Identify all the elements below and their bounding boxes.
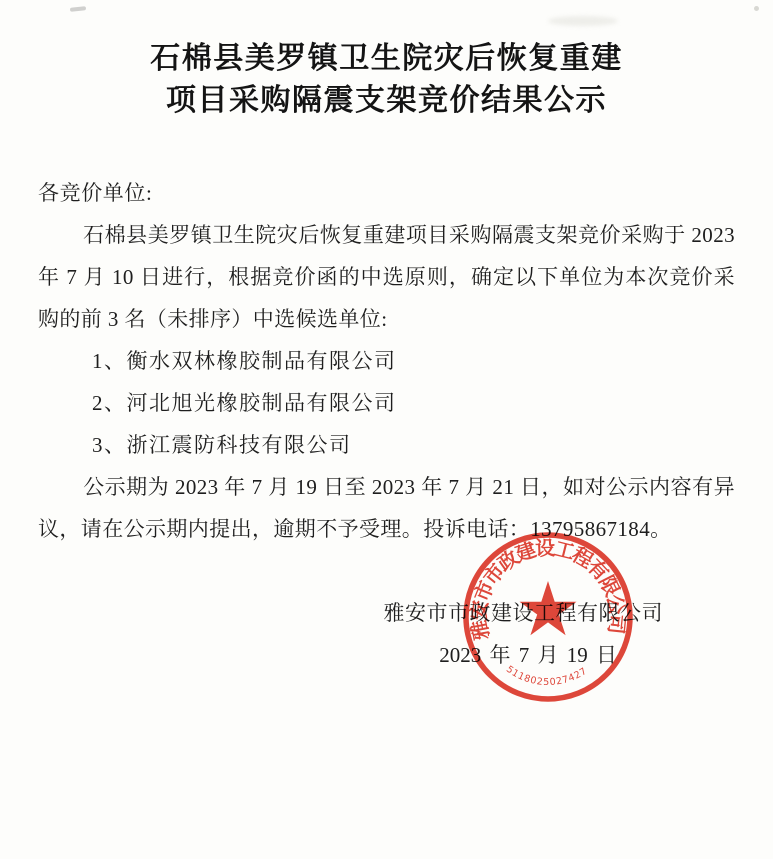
signature-company: 雅安市市政建设工程有限公司 xyxy=(38,592,735,634)
document-content: 石棉县美罗镇卫生院灾后恢复重建 项目采购隔震支架竞价结果公示 各竞价单位: 石棉… xyxy=(0,0,773,676)
paragraph-bid-result: 石棉县美罗镇卫生院灾后恢复重建项目采购隔震支架竞价采购于 2023 年 7 月 … xyxy=(38,214,735,340)
signature-date: 2023 年 7 月 19 日 xyxy=(38,634,735,676)
signature-block: 雅安市市政建设工程有限公司 2023 年 7 月 19 日 xyxy=(38,592,735,676)
candidate-list: 1、衡水双林橡胶制品有限公司 2、河北旭光橡胶制品有限公司 3、浙江震防科技有限… xyxy=(38,340,735,466)
candidate-item-2: 2、河北旭光橡胶制品有限公司 xyxy=(38,382,735,424)
candidate-item-1: 1、衡水双林橡胶制品有限公司 xyxy=(38,340,735,382)
title-line-2: 项目采购隔震支架竞价结果公示 xyxy=(38,80,735,122)
candidate-item-3: 3、浙江震防科技有限公司 xyxy=(38,424,735,466)
paragraph-publicity-period: 公示期为 2023 年 7 月 19 日至 2023 年 7 月 21 日，如对… xyxy=(38,466,735,550)
salutation: 各竞价单位: xyxy=(38,172,735,214)
document-page: 石棉县美罗镇卫生院灾后恢复重建 项目采购隔震支架竞价结果公示 各竞价单位: 石棉… xyxy=(0,0,773,859)
title-line-1: 石棉县美罗镇卫生院灾后恢复重建 xyxy=(38,38,735,80)
document-title: 石棉县美罗镇卫生院灾后恢复重建 项目采购隔震支架竞价结果公示 xyxy=(38,38,735,122)
